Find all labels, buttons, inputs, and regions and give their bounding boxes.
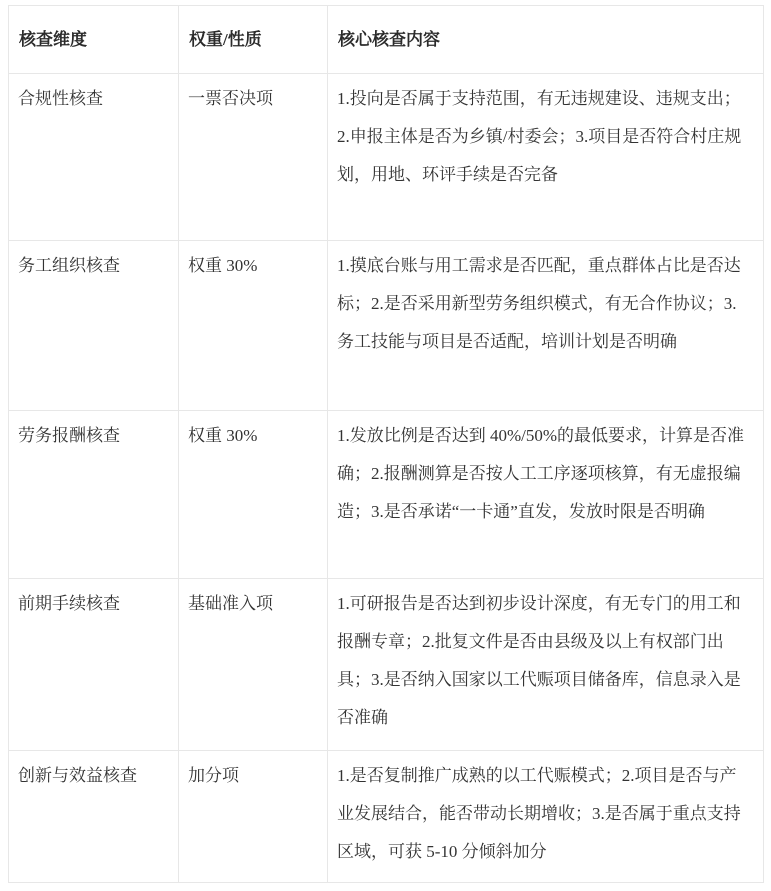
table-header-row: 核查维度 权重/性质 核心核查内容 [9,6,764,74]
table-row: 务工组织核查 权重 30% 1.摸底台账与用工需求是否匹配，重点群体占比是否达标… [9,241,764,411]
cell-content: 1.可研报告是否达到初步设计深度，有无专门的用工和报酬专章；2.批复文件是否由县… [328,579,764,751]
column-header-content: 核心核查内容 [328,6,764,74]
cell-dimension: 前期手续核查 [9,579,179,751]
cell-dimension: 务工组织核查 [9,241,179,411]
cell-content: 1.摸底台账与用工需求是否匹配，重点群体占比是否达标；2.是否采用新型劳务组织模… [328,241,764,411]
column-header-dimension: 核查维度 [9,6,179,74]
cell-dimension: 合规性核查 [9,74,179,241]
cell-content: 1.投向是否属于支持范围，有无违规建设、违规支出；2.申报主体是否为乡镇/村委会… [328,74,764,241]
cell-weight: 加分项 [179,751,328,883]
table-row: 合规性核查 一票否决项 1.投向是否属于支持范围，有无违规建设、违规支出；2.申… [9,74,764,241]
table-row: 创新与效益核查 加分项 1.是否复制推广成熟的以工代赈模式；2.项目是否与产业发… [9,751,764,883]
column-header-weight: 权重/性质 [179,6,328,74]
table-row: 劳务报酬核查 权重 30% 1.发放比例是否达到 40%/50%的最低要求，计算… [9,411,764,579]
cell-weight: 权重 30% [179,411,328,579]
cell-dimension: 创新与效益核查 [9,751,179,883]
cell-weight: 基础准入项 [179,579,328,751]
cell-weight: 一票否决项 [179,74,328,241]
table-row: 前期手续核查 基础准入项 1.可研报告是否达到初步设计深度，有无专门的用工和报酬… [9,579,764,751]
audit-criteria-table: 核查维度 权重/性质 核心核查内容 合规性核查 一票否决项 1.投向是否属于支持… [8,5,764,883]
cell-content: 1.发放比例是否达到 40%/50%的最低要求，计算是否准确；2.报酬测算是否按… [328,411,764,579]
cell-dimension: 劳务报酬核查 [9,411,179,579]
cell-weight: 权重 30% [179,241,328,411]
cell-content: 1.是否复制推广成熟的以工代赈模式；2.项目是否与产业发展结合，能否带动长期增收… [328,751,764,883]
